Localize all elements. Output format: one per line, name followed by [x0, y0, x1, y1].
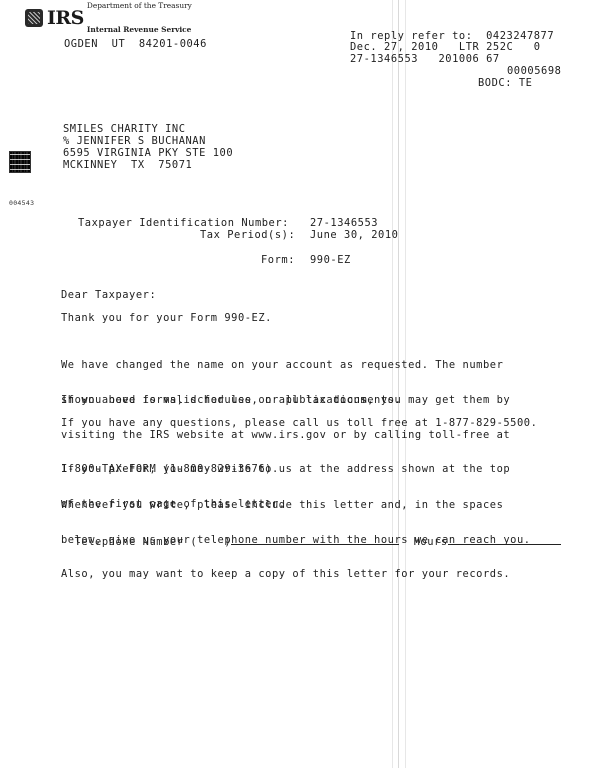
paragraph-questions: If you have any questions, please call u… — [61, 418, 537, 430]
form-label: Form: — [261, 255, 295, 267]
tin-value: 27-1346553 — [310, 218, 378, 230]
hours-row: Hours — [400, 523, 561, 548]
telephone-field[interactable] — [231, 535, 399, 545]
hours-field[interactable] — [448, 535, 561, 545]
form-value: 990-EZ — [310, 255, 351, 267]
2d-barcode — [10, 152, 30, 172]
reference-line: 27-1346553 201006 67 — [350, 54, 500, 66]
paragraph-thanks: Thank you for your Form 990-EZ. — [61, 313, 272, 325]
treasury-eagle-icon — [25, 9, 43, 27]
recipient-name: SMILES CHARITY INC — [63, 124, 186, 136]
tax-period-value: June 30, 2010 — [310, 230, 398, 242]
tin-label: Taxpayer Identification Number: — [78, 218, 289, 230]
hours-label: Hours — [414, 536, 448, 548]
salutation: Dear Taxpayer: — [61, 290, 156, 302]
irs-logo: IRS Department of the Treasury Internal … — [25, 8, 192, 28]
telephone-label: Telephone Number ( ) — [75, 536, 232, 548]
office-address: OGDEN UT 84201-0046 — [64, 39, 207, 51]
reference-line: 00005698 — [507, 66, 561, 78]
recipient-city: MCKINNEY TX 75071 — [63, 160, 192, 172]
telephone-row: Telephone Number ( ) — [61, 523, 399, 548]
recipient-street: 6595 VIRGINIA PKY STE 100 — [63, 148, 233, 160]
side-code: 004543 — [9, 199, 34, 207]
tax-period-label: Tax Period(s): — [200, 230, 295, 242]
agency-name: IRS — [47, 7, 84, 29]
reference-line: BODC: TE — [478, 78, 532, 90]
recipient-care-of: % JENNIFER S BUCHANAN — [63, 136, 206, 148]
reference-line: Dec. 27, 2010 LTR 252C 0 — [350, 42, 541, 54]
